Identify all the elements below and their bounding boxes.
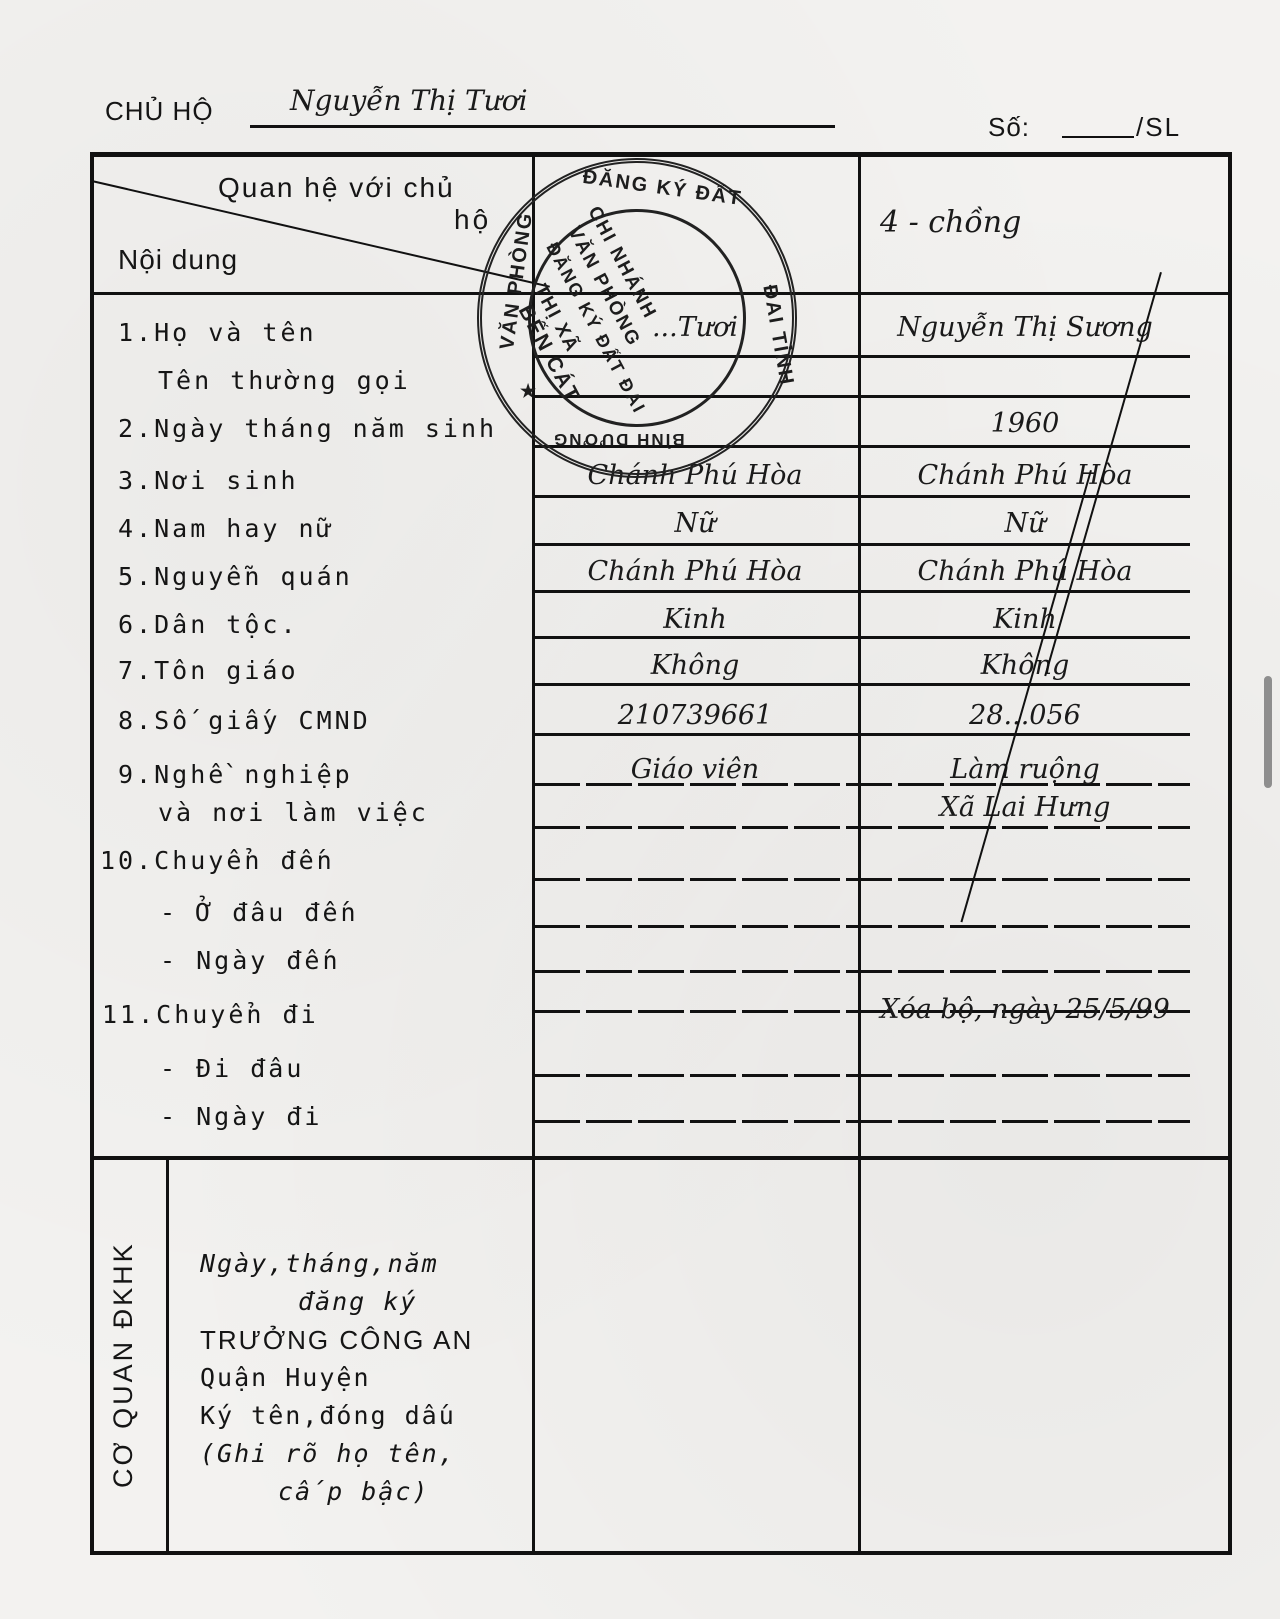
member-cell: Xóa bộ, ngày 25/5/99 xyxy=(862,994,1188,1025)
member-cell: Nguyễn Thị Sương xyxy=(862,312,1188,343)
member-cell: Chánh Phú Hòa xyxy=(862,556,1188,587)
column-divider xyxy=(166,1158,169,1555)
authority-side-label: CƠ QUAN ĐKHK xyxy=(108,1241,139,1488)
head-of-household-cell: Không xyxy=(536,650,854,681)
row-divider xyxy=(534,1120,1190,1123)
row-label: 9.Nghề nghiệp xyxy=(118,760,353,789)
row-divider xyxy=(534,733,1190,736)
row-label: - Ở đâu đến xyxy=(160,898,359,927)
corner-relation-label-cont: hộ xyxy=(454,204,491,236)
row-divider xyxy=(534,1074,1190,1077)
row-label: 11.Chuyển đi xyxy=(102,1000,319,1029)
number-label: Số: xyxy=(988,112,1030,143)
row-divider xyxy=(534,590,1190,593)
head-of-household-cell: Chánh Phú Hòa xyxy=(536,556,854,587)
row-divider xyxy=(534,970,1190,973)
number-suffix: /SL xyxy=(1136,112,1181,143)
row-label: 3.Nơi sinh xyxy=(118,466,299,495)
member-cell: Không xyxy=(862,650,1188,681)
relation-value: 4 - chồng xyxy=(880,205,1100,240)
head-of-household-cell: Kinh xyxy=(536,604,854,635)
official-stamp: VĂN PHÒNG ĐĂNG KÝ ĐẤT ĐAI TỈNH BÌNH DƯƠN… xyxy=(477,158,797,478)
row-divider xyxy=(534,543,1190,546)
head-of-household-cell: Giáo viên xyxy=(536,754,854,785)
row-divider xyxy=(90,1156,1232,1160)
scanned-document: CHỦ HỘ Nguyễn Thị Tươi Số: /SL Quan hệ v… xyxy=(0,0,1280,1619)
row-label: 8.Số giấy CMND xyxy=(118,706,371,735)
number-blank xyxy=(1062,136,1134,138)
member-cell: 1960 xyxy=(862,408,1188,439)
row-divider xyxy=(534,925,1190,928)
authority-line: (Ghi rõ họ tên, xyxy=(200,1435,473,1473)
row-label: 5.Nguyễn quán xyxy=(118,562,353,591)
authority-line: Quận Huyện xyxy=(200,1359,473,1397)
head-of-household-cell: Nữ xyxy=(536,508,854,539)
member-cell: Xã Lai Hưng xyxy=(862,792,1188,823)
corner-content-label: Nội dung xyxy=(118,244,238,276)
member-cell: Chánh Phú Hòa xyxy=(862,460,1188,491)
column-divider xyxy=(858,152,861,1555)
row-label: - Ngày đến xyxy=(160,946,341,975)
row-divider xyxy=(534,495,1190,498)
authority-line: cấp bậc) xyxy=(200,1473,473,1511)
row-label: 4.Nam hay nữ xyxy=(118,514,335,543)
household-head-label: CHỦ HỘ xyxy=(105,96,214,127)
row-label: - Đi đâu xyxy=(160,1054,304,1083)
head-of-household-cell: 210739661 xyxy=(536,700,854,731)
row-divider xyxy=(534,636,1190,639)
member-cell: Làm ruộng xyxy=(862,754,1188,785)
row-label: Tên thường gọi xyxy=(158,366,411,395)
stamp-text-bottom: BÌNH DƯƠNG xyxy=(552,429,685,449)
member-cell: 28...056 xyxy=(862,700,1188,731)
row-divider xyxy=(534,826,1190,829)
household-head-name: Nguyễn Thị Tươi xyxy=(250,84,835,128)
row-divider xyxy=(534,683,1190,686)
authority-line: Ký tên,đóng dấu xyxy=(200,1397,473,1435)
authority-instructions: Ngày,tháng,năm đăng ký TRƯỞNG CÔNG AN Qu… xyxy=(200,1245,473,1511)
authority-line: TRƯỞNG CÔNG AN xyxy=(200,1321,473,1359)
member-cell: Nữ xyxy=(862,508,1188,539)
row-label: 7.Tôn giáo xyxy=(118,656,299,685)
row-label: và nơi làm việc xyxy=(158,798,429,827)
row-label: 6.Dân tộc. xyxy=(118,610,299,639)
row-label: 1.Họ và tên xyxy=(118,318,317,347)
authority-line: Ngày,tháng,năm xyxy=(200,1245,473,1283)
row-label: 2.Ngày tháng năm sinh xyxy=(118,414,497,443)
member-cell: Kinh xyxy=(862,604,1188,635)
row-label: - Ngày đi xyxy=(160,1102,322,1131)
vertical-scrollbar[interactable] xyxy=(1264,676,1272,788)
corner-relation-label: Quan hệ với chủ xyxy=(218,172,455,204)
row-divider xyxy=(534,878,1190,881)
authority-line: đăng ký xyxy=(200,1283,473,1321)
stamp-star-icon: ★ xyxy=(520,381,538,402)
stamp-text-right: ĐAI TỈNH xyxy=(757,283,797,388)
row-label: 10.Chuyển đến xyxy=(100,846,335,875)
